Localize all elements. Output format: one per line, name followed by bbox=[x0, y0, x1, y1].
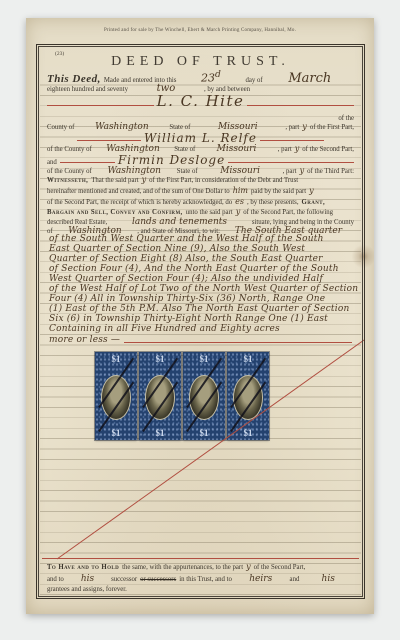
handwritten-entry: his bbox=[67, 574, 108, 584]
legal-description-line: East Quarter of Section Nine (9), Also t… bbox=[49, 244, 352, 254]
red-ink-rule bbox=[77, 140, 141, 141]
day-ordinal: d bbox=[215, 69, 221, 80]
legal-description-line: (1) East of the 5th P.M. Also The North … bbox=[49, 304, 352, 314]
printed-text: in this Trust, and to bbox=[179, 576, 232, 583]
witnesseth-line-3: of the Second Part, the receipt of which… bbox=[47, 197, 354, 206]
printed-text: situate, lying and being in the County bbox=[252, 219, 354, 226]
printed-text: of the First Part, in consideration of t… bbox=[149, 177, 298, 184]
printed-text: the same, with the appurtenances, to the… bbox=[122, 564, 243, 571]
printed-text: County of bbox=[47, 124, 74, 131]
printed-text: , by these presents, bbox=[247, 199, 299, 206]
printed-text: hereinafter mentioned and created, and o… bbox=[47, 188, 230, 195]
second-party-name: William L. Relfe bbox=[144, 131, 257, 145]
red-ink-rule bbox=[42, 558, 359, 559]
bargain-words: Bargain and Sell, Convey and Confirm, bbox=[47, 209, 183, 216]
handwritten-entry: es bbox=[235, 197, 244, 206]
printed-text: State of bbox=[169, 124, 190, 131]
printer-credit: Printed and for sale by The Winchell, Eb… bbox=[26, 28, 374, 33]
red-ink-rule bbox=[124, 342, 352, 343]
printed-text: of the Second Part, the following bbox=[243, 209, 333, 216]
revenue-stamp: $1 $1 bbox=[139, 352, 181, 440]
first-party-name-line: L. C. Hite bbox=[47, 92, 354, 110]
legal-description-line: of Section Four (4), And the North East … bbox=[49, 264, 352, 274]
stamp-denomination: $1 bbox=[139, 428, 181, 438]
part-suffix-entry: y bbox=[302, 122, 307, 131]
form-border: (23) DEED OF TRUST. This Deed, Made and … bbox=[36, 44, 365, 599]
witnesseth-line-4: Bargain and Sell, Convey and Confirm, un… bbox=[47, 207, 354, 216]
printed-text: paid by the said part bbox=[251, 188, 306, 195]
to-have-and-to-hold-words: To Have and to Hold bbox=[47, 564, 119, 571]
paper: Printed and for sale by The Winchell, Eb… bbox=[26, 18, 374, 614]
printed-text: of the Second Part, the receipt of which… bbox=[47, 199, 232, 206]
stamp-denomination: $1 bbox=[227, 428, 269, 438]
printed-text: , part bbox=[285, 124, 299, 131]
printed-text: , part bbox=[283, 168, 297, 175]
printed-text: and to bbox=[47, 576, 64, 583]
revenue-stamp: $1 $1 bbox=[95, 352, 137, 440]
second-party-name-line: William L. Relfe bbox=[77, 131, 324, 145]
revenue-stamp-row: $1 $1 $1 $1 $1 $1 bbox=[95, 352, 269, 440]
of-the-line: of the bbox=[47, 115, 354, 122]
printed-text: That the said part bbox=[91, 177, 138, 184]
handwritten-entry: y bbox=[246, 562, 251, 571]
legal-description-line: West Quarter of Section Four (4); Also t… bbox=[49, 274, 352, 284]
scanned-deed-document: Printed and for sale by The Winchell, Eb… bbox=[0, 0, 400, 640]
handwritten-entry: him bbox=[233, 186, 248, 195]
part-suffix-entry: y bbox=[295, 144, 300, 153]
legal-description-line: Containing in all Five Hundred and Eight… bbox=[49, 324, 352, 334]
witnesseth-line-2: hereinafter mentioned and created, and o… bbox=[47, 186, 354, 195]
printed-text: and bbox=[290, 576, 300, 583]
printed-text: described Real Estate, bbox=[47, 219, 107, 226]
revenue-stamp: $1 $1 bbox=[227, 352, 269, 440]
legal-description-closing-line: more or less — bbox=[49, 335, 352, 345]
legal-description-line: Quarter of Section Eight (8) Also, the S… bbox=[49, 254, 352, 264]
struck-through-text: or successors bbox=[140, 576, 176, 583]
revenue-stamp: $1 $1 bbox=[183, 352, 225, 440]
red-ink-rule bbox=[47, 105, 154, 106]
printed-text: of the First Part, bbox=[310, 124, 354, 131]
habendum-line-2: and to his successor or successors in th… bbox=[47, 574, 354, 584]
handwritten-entry: more or less — bbox=[49, 335, 120, 345]
printed-text: of the Second Part, bbox=[302, 146, 354, 153]
first-party-name: L. C. Hite bbox=[157, 92, 245, 110]
stamp-denomination: $1 bbox=[95, 428, 137, 438]
grant-words: Grant, bbox=[302, 199, 326, 206]
legal-description-line: of the South West Quarter and the West H… bbox=[49, 234, 352, 244]
printed-text: , part bbox=[278, 146, 292, 153]
printed-text: of the County of bbox=[47, 146, 92, 153]
printed-text: grantees and assigns, forever. bbox=[47, 586, 127, 593]
printed-text: and bbox=[47, 159, 57, 166]
printed-text: of the County of bbox=[47, 168, 92, 175]
printed-text: unto the said part bbox=[186, 209, 233, 216]
red-ink-rule bbox=[228, 162, 354, 163]
handwritten-entry: his bbox=[302, 574, 354, 584]
printed-text: State of bbox=[177, 168, 198, 175]
printed-text: successor bbox=[111, 576, 137, 583]
legal-description-line: of the West Half of Lot Two of the North… bbox=[49, 284, 352, 294]
printed-text: of the Second Part, bbox=[254, 564, 306, 571]
handwritten-entry: y bbox=[142, 175, 147, 184]
red-ink-rule bbox=[247, 105, 354, 106]
part-suffix-entry: y bbox=[300, 166, 305, 175]
handwritten-entry: y bbox=[309, 186, 314, 195]
printed-text: of the bbox=[338, 115, 354, 122]
printed-text: of the Third Part: bbox=[307, 168, 354, 175]
stamp-denomination: $1 bbox=[183, 428, 225, 438]
red-ink-rule bbox=[260, 140, 324, 141]
red-ink-rule bbox=[60, 162, 115, 163]
handwritten-entry: y bbox=[236, 207, 241, 216]
printed-text: State of bbox=[174, 146, 195, 153]
third-party-name-line: and Firmin Desloge bbox=[47, 153, 354, 167]
deed-title: DEED OF TRUST. bbox=[37, 54, 364, 70]
habendum-line-1: To Have and to Hold the same, with the a… bbox=[47, 562, 354, 571]
legal-description-line: Four (4) All in Township Thirty-Six (36)… bbox=[49, 294, 352, 304]
witnesseth-line-1: Witnesseth, That the said part y of the … bbox=[47, 175, 354, 184]
third-party-name: Firmin Desloge bbox=[118, 153, 225, 167]
handwritten-entry: heirs bbox=[235, 574, 287, 584]
witnesseth-word: Witnesseth, bbox=[47, 177, 88, 184]
legal-description-line: Six (6) in Township Thirty-Eight North R… bbox=[49, 314, 352, 324]
habendum-line-3: grantees and assigns, forever. bbox=[47, 586, 354, 593]
